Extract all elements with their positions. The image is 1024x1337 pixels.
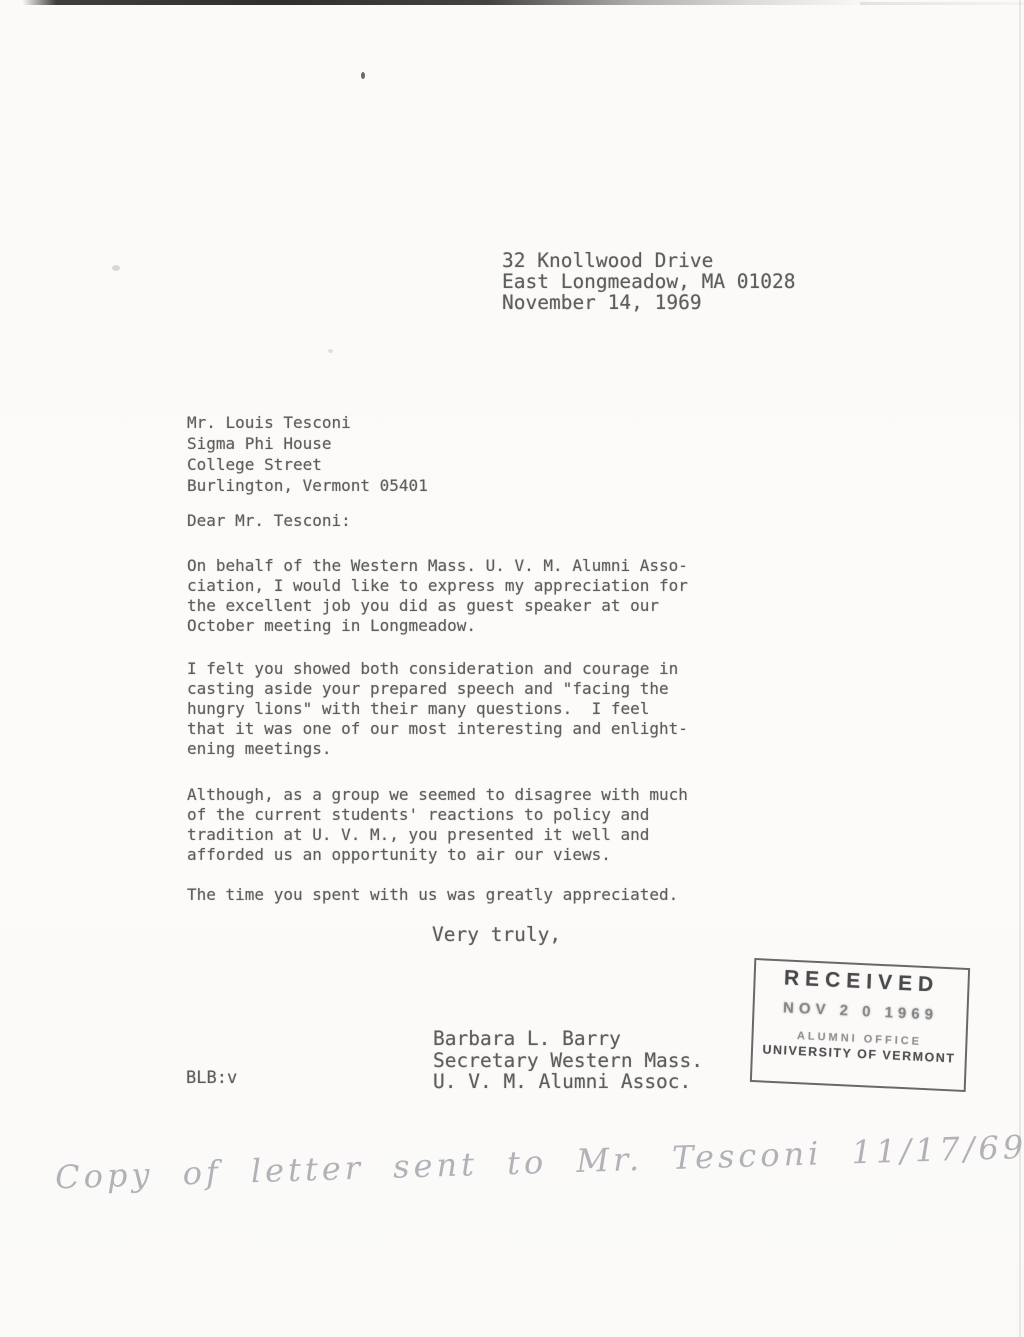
typist-initials: BLB:v [186,1068,237,1088]
body-line: Although, as a group we seemed to disagr… [187,785,688,805]
typist-initials-text: BLB:v [186,1068,237,1088]
letter-page: 32 Knollwood Drive East Longmeadow, MA 0… [0,0,1024,1337]
recipient-address: Mr. Louis Tesconi Sigma Phi House Colleg… [187,412,428,496]
scan-speck [361,72,365,79]
recipient-address-line: Sigma Phi House [187,433,428,454]
body-paragraph: Although, as a group we seemed to disagr… [187,785,688,865]
return-address-line: 32 Knollwood Drive [502,250,796,271]
body-line: October meeting in Longmeadow. [187,616,688,636]
recipient-name: Mr. Louis Tesconi [187,412,428,433]
body-line: casting aside your prepared speech and "… [187,679,688,699]
salutation-text: Dear Mr. Tesconi: [187,511,351,531]
body-line: ciation, I would like to express my appr… [187,576,688,596]
scan-artifact-top-streak-faint [860,2,1024,5]
closing-text: Very truly, [432,924,561,945]
body-line: that it was one of our most interesting … [187,719,688,739]
body-line: The time you spent with us was greatly a… [187,885,678,905]
body-paragraph: On behalf of the Western Mass. U. V. M. … [187,556,688,636]
body-line: On behalf of the Western Mass. U. V. M. … [187,556,688,576]
handwritten-note: Copy of letter sent to Mr. Tesconi 11/17… [55,1134,846,1197]
body-line: the excellent job you did as guest speak… [187,596,688,616]
body-paragraph: I felt you showed both consideration and… [187,659,688,759]
return-address: 32 Knollwood Drive East Longmeadow, MA 0… [502,250,796,313]
body-line: tradition at U. V. M., you presented it … [187,825,688,845]
body-line: of the current students' reactions to po… [187,805,688,825]
scan-artifact-top-streak [22,0,872,5]
body-line: ening meetings. [187,739,688,759]
stamp-date-text: NOV 2 0 1969 [754,998,966,1025]
body-line: hungry lions" with their many questions.… [187,699,688,719]
signature-block: Barbara L. Barry Secretary Western Mass.… [433,1028,703,1093]
return-address-line: East Longmeadow, MA 01028 [502,271,796,292]
body-line: afforded us an opportunity to air our vi… [187,845,688,865]
recipient-address-line: Burlington, Vermont 05401 [187,475,428,496]
signature-title-line: U. V. M. Alumni Assoc. [433,1071,703,1093]
body-paragraph: The time you spent with us was greatly a… [187,885,678,905]
letter-date: November 14, 1969 [502,292,796,313]
scan-speck [328,349,333,353]
body-line: I felt you showed both consideration and… [187,659,688,679]
salutation: Dear Mr. Tesconi: [187,511,351,531]
stamp-received-text: RECEIVED [755,965,968,999]
scan-speck [112,265,120,271]
signature-title-line: Secretary Western Mass. [433,1050,703,1072]
recipient-address-line: College Street [187,454,428,475]
signature-name: Barbara L. Barry [433,1028,703,1050]
received-stamp: RECEIVED NOV 2 0 1969 ALUMNI OFFICE UNIV… [750,958,970,1092]
closing: Very truly, [432,924,561,945]
